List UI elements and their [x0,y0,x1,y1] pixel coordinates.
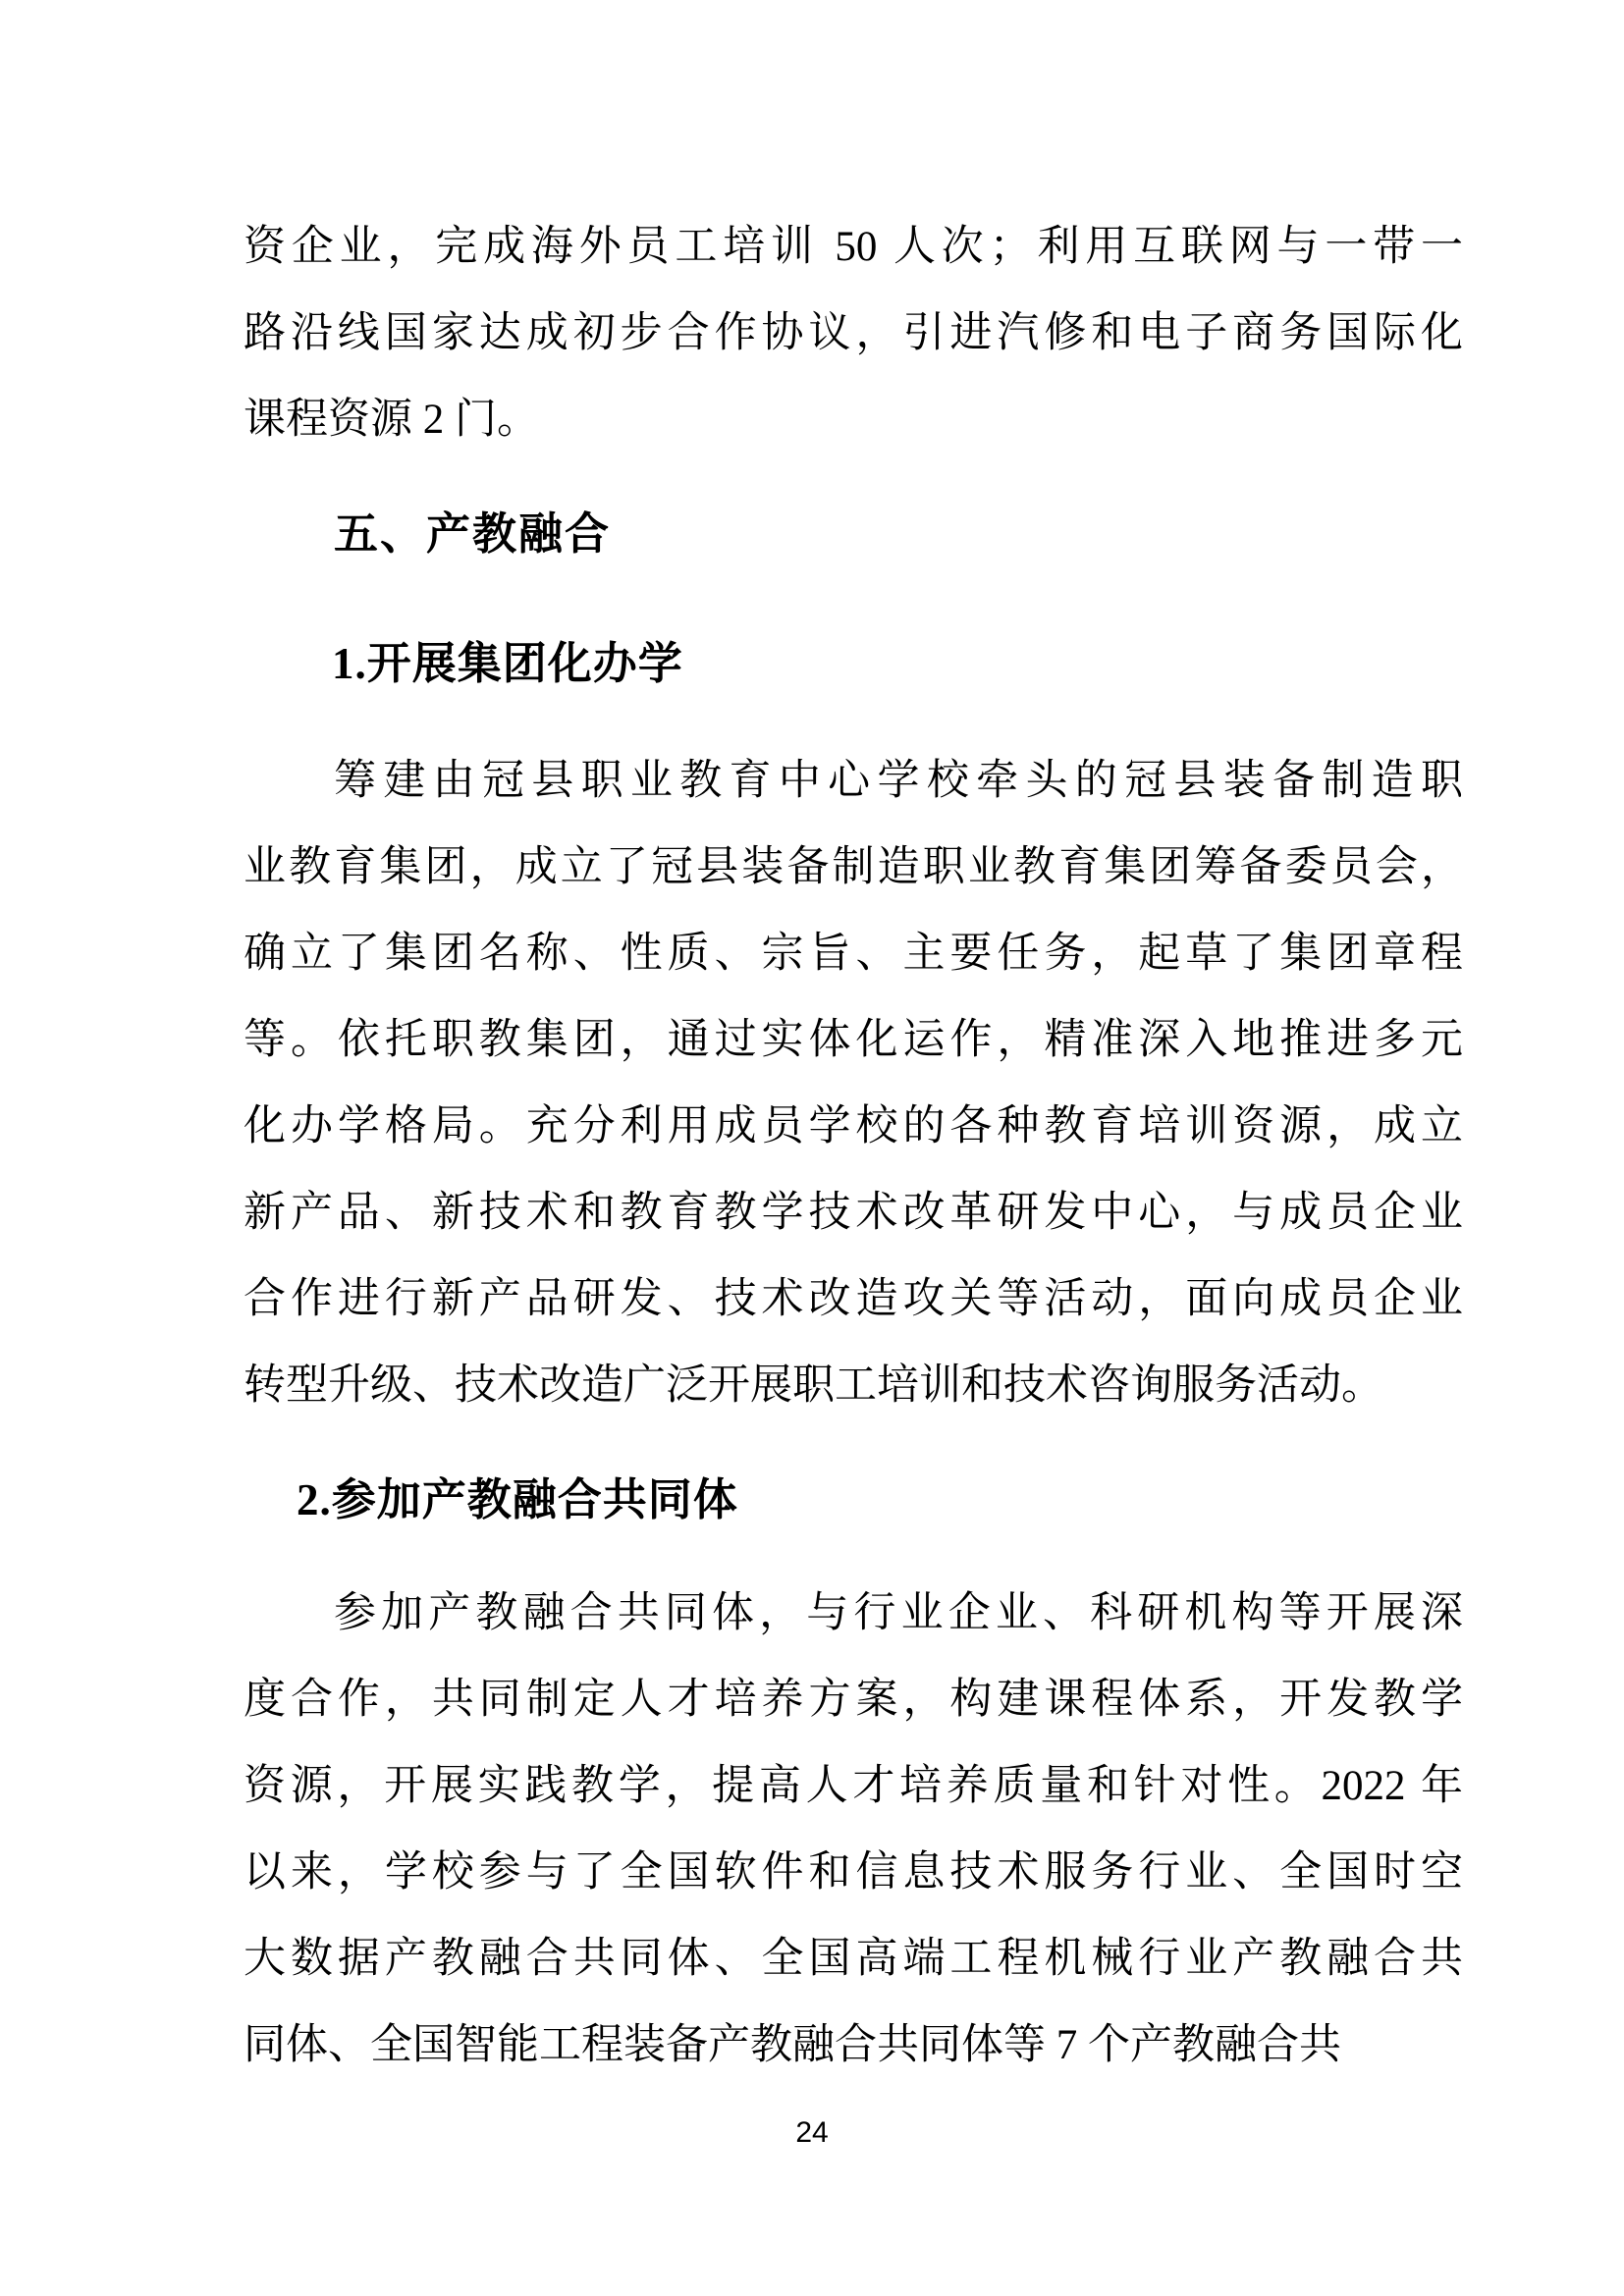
text-line: 路沿线国家达成初步合作协议，引进汽修和电子商务国际化 [244,291,1463,377]
document-page: 资企业，完成海外员工培训 50 人次；利用互联网与一带一路沿线国家达成初步合作协… [0,0,1624,2296]
text-line: 等。依托职教集团，通过实体化运作，精准深入地推进多元 [244,997,1463,1084]
text-line: 课程资源 2 门。 [244,377,1463,463]
text-line: 合作进行新产品研发、技术改造攻关等活动，面向成员企业 [244,1256,1463,1343]
text-line: 以来，学校参与了全国软件和信息技术服务行业、全国时空 [244,1830,1463,1916]
subsection-1-heading: 1.开展集团化办学 [244,620,1463,707]
document-content: 资企业，完成海外员工培训 50 人次；利用互联网与一带一路沿线国家达成初步合作协… [244,0,1463,2089]
text-line: 筹建由冠县职业教育中心学校牵头的冠县装备制造职 [244,738,1463,825]
text-line: 资企业，完成海外员工培训 50 人次；利用互联网与一带一 [244,204,1463,291]
text-line: 确立了集团名称、性质、宗旨、主要任务，起草了集团章程 [244,911,1463,997]
text-line: 资源，开展实践教学，提高人才培养质量和针对性。2022 年 [244,1743,1463,1830]
subsection-2-paragraph: 参加产教融合共同体，与行业企业、科研机构等开展深度合作，共同制定人才培养方案，构… [244,1571,1463,2089]
subsection-2-heading: 2.参加产教融合共同体 [244,1457,1463,1543]
text-line: 化办学格局。充分利用成员学校的各种教育培训资源，成立 [244,1084,1463,1170]
text-line: 转型升级、技术改造广泛开展职工培训和技术咨询服务活动。 [244,1343,1463,1429]
text-line: 参加产教融合共同体，与行业企业、科研机构等开展深 [244,1571,1463,1657]
text-line: 同体、全国智能工程装备产教融合共同体等 7 个产教融合共 [244,2002,1463,2089]
section-heading: 五、产教融合 [244,491,1463,577]
text-line: 度合作，共同制定人才培养方案，构建课程体系，开发教学 [244,1657,1463,1743]
intro-paragraph: 资企业，完成海外员工培训 50 人次；利用互联网与一带一路沿线国家达成初步合作协… [244,204,1463,463]
subsection-1-paragraph: 筹建由冠县职业教育中心学校牵头的冠县装备制造职业教育集团，成立了冠县装备制造职业… [244,738,1463,1429]
page-number: 24 [0,2116,1624,2150]
text-line: 大数据产教融合共同体、全国高端工程机械行业产教融合共 [244,1916,1463,2002]
text-line: 业教育集团，成立了冠县装备制造职业教育集团筹备委员会， [244,825,1463,911]
text-line: 新产品、新技术和教育教学技术改革研发中心，与成员企业 [244,1170,1463,1256]
